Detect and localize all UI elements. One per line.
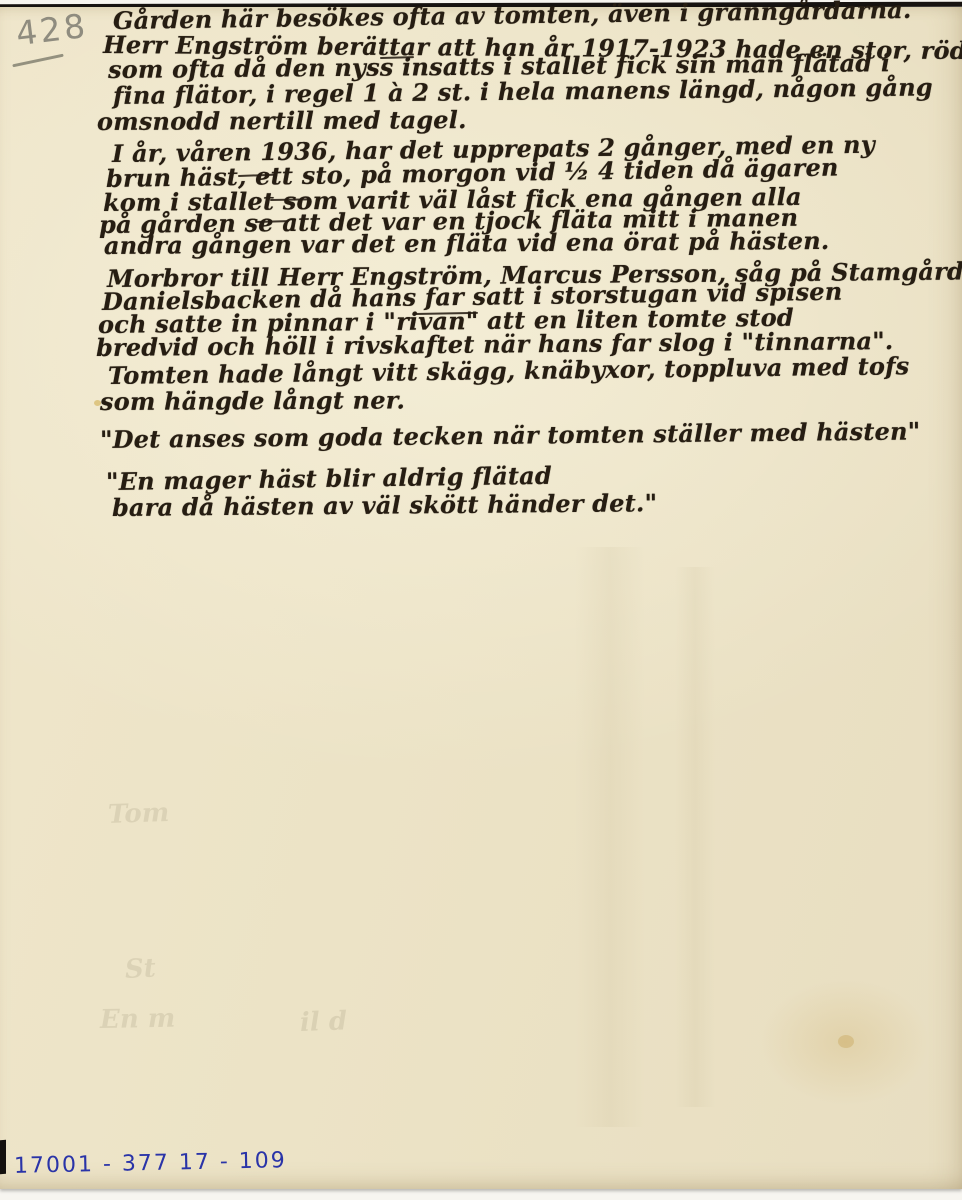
paper-stain [838,1035,854,1048]
manuscript-line: bara då hästen av väl skött händer det." [112,491,657,520]
catalog-number: 17001 - 377 17 - 109 [14,1148,287,1179]
archive-number-underline [12,54,63,68]
page-edge-mark [0,1140,6,1174]
manuscript-line: Gården här besökes ofta av tomten, även … [113,0,912,33]
manuscript-line: som hängde långt ner. [100,388,405,414]
ghost-writing: En m [100,1004,176,1035]
manuscript-line: fina flätor, i regel 1 à 2 st. i hela ma… [113,75,933,108]
manuscript-line: omsnodd nertill med tagel. [97,108,467,134]
archive-number: 428 [14,8,90,53]
document-scan: 428 Gården här besökes ofta av tomten, ä… [0,0,962,1200]
manuscript-page: 428 Gården här besökes ofta av tomten, ä… [0,7,962,1189]
manuscript-line: Tomten hade långt vitt skägg, knäbyxor, … [108,354,910,388]
manuscript-line: andra gången var det en fläta vid ena ör… [104,229,830,258]
ghost-writing: St [124,953,156,985]
ghost-writing: il d [299,1006,347,1038]
age-smudge [675,567,715,1107]
age-smudge [575,547,645,1127]
ghost-writing: Tom [107,798,169,830]
manuscript-line: "Det anses som goda tecken när tomten st… [100,419,921,452]
